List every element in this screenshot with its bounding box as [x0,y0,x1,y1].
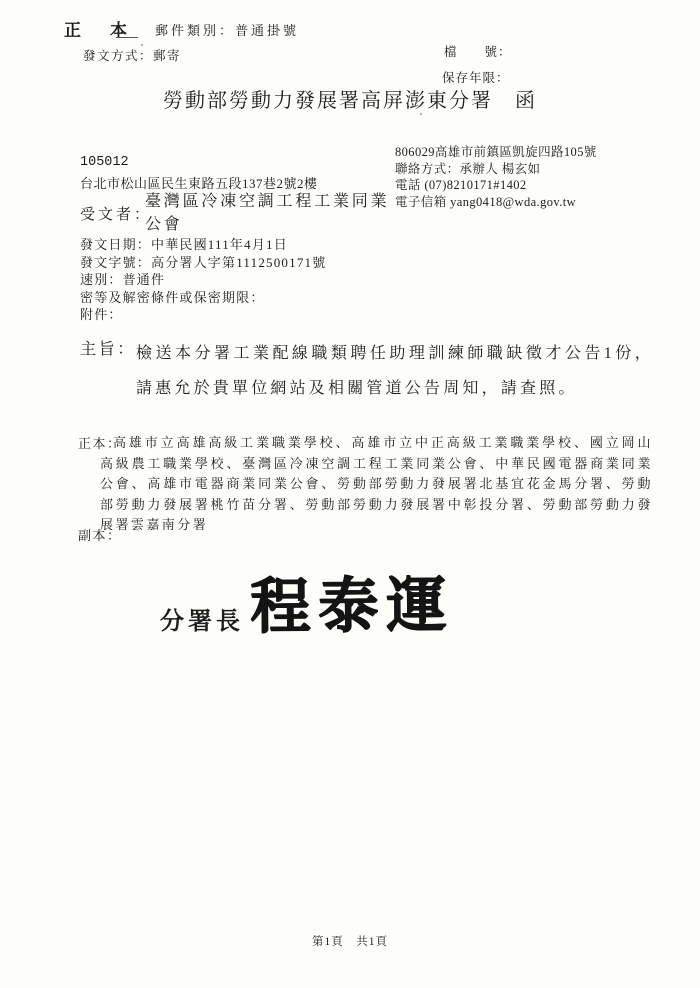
priority-level: 速別：普通件 [80,271,326,289]
document-number: 發文字號：高分署人字第1112500171號 [80,254,326,272]
recipient-postal-code: 105012 [80,155,129,170]
security-classification: 密等及解密條件或保密期限： [80,289,326,307]
sender-contact-person: 聯絡方式：承辦人 楊玄如 [395,161,597,178]
document-title: 勞動部勞動力發展署高屏澎東分署 函 [0,84,700,113]
signer-name-stamp: 程泰運 [250,575,455,637]
subject-text: 檢送本分署工業配線職類聘任助理訓練師職缺徵才公告1份，請惠允於貴單位網站及相關管… [136,336,654,406]
delivery-method-label: 發文方式：郵寄 [83,46,181,64]
carbon-copies-label: 副本： [78,525,122,544]
sender-contact-block: 806029高雄市前鎮區凱旋四路105號 聯絡方式：承辦人 楊玄如 電話 (07… [395,144,597,210]
file-number-label: 檔 號： [444,42,512,60]
sender-phone: 電話 (07)8210171#1402 [395,177,597,194]
sender-email: 電子信箱 yang0418@wda.gov.tw [395,194,597,211]
underline-mark [116,37,138,38]
mail-class-label: 郵件類別：普通掛號 [155,20,299,39]
attachment-label: 附件： [80,306,326,324]
signer-title: 分署長 [160,601,244,636]
subject-label: 主旨： [80,336,136,359]
scan-speckle [420,113,422,115]
scanned-letter-page: 正 本 郵件類別：普通掛號 發文方式：郵寄 檔 號： 保存年限： 勞動部勞動力發… [0,0,700,988]
scan-speckle [141,44,143,46]
original-copies-list: 高雄市立高雄高級工業職業學校、高雄市立中正高級工業職業學校、國立岡山高級農工職業… [100,433,653,536]
document-meta-block: 發文日期：中華民國111年4月1日 發文字號：高分署人字第1112500171號… [80,236,326,324]
recipient-name: 臺灣區冷凍空調工程工業同業公會 [145,190,401,236]
sender-address: 806029高雄市前鎮區凱旋四路105號 [395,144,597,161]
issue-date: 發文日期：中華民國111年4月1日 [80,236,326,254]
page-number-footer: 第1頁 共1頁 [0,933,700,949]
recipient-label: 受文者： [80,203,152,224]
